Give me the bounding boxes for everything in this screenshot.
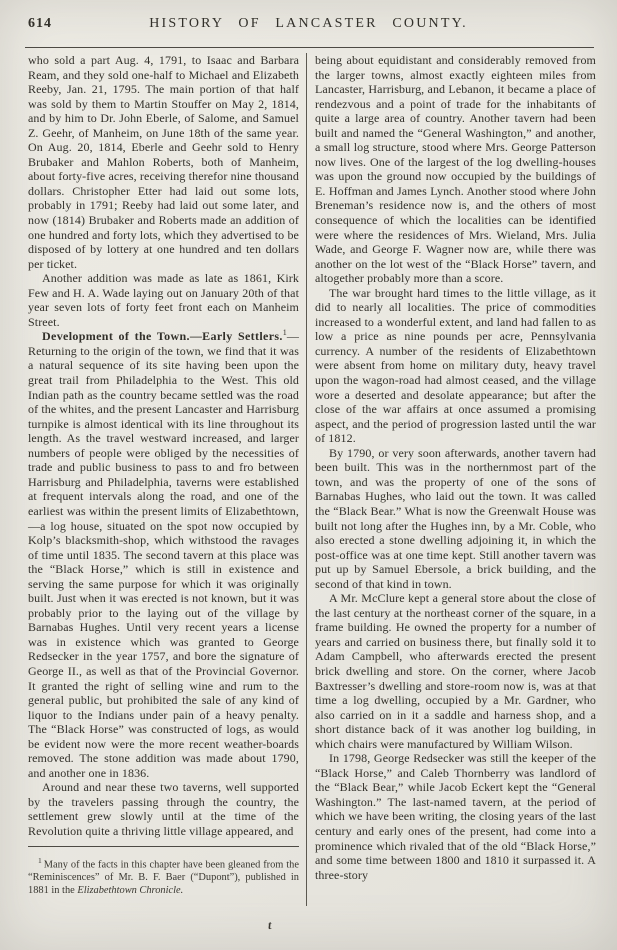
- paragraph-text: —Returning to the origin of the town, we…: [28, 329, 299, 779]
- paragraph: A Mr. McClure kept a general store about…: [315, 591, 596, 751]
- right-column: being about equidistant and considerably…: [315, 53, 596, 898]
- paragraph-text: In 1798, George Redsecker was still the …: [315, 751, 596, 881]
- paragraph: The war brought hard times to the little…: [315, 286, 596, 446]
- paragraph: By 1790, or very soon afterwards, anothe…: [315, 446, 596, 591]
- paragraph-text: By 1790, or very soon afterwards, anothe…: [315, 446, 596, 591]
- paragraph-text: A Mr. McClure kept a general store about…: [315, 591, 596, 750]
- paragraph-text: Another addition was made as late as 186…: [28, 271, 299, 329]
- paragraph-with-heading: Development of the Town.—Early Settlers.…: [28, 329, 299, 780]
- paragraph-text: who sold a part Aug. 4, 1791, to Isaac a…: [28, 53, 299, 271]
- running-title: HISTORY OF LANCASTER COUNTY.: [40, 16, 577, 32]
- header-rule: [25, 47, 594, 48]
- paragraph: Another addition was made as late as 186…: [28, 271, 299, 329]
- footnote: 1Many of the facts in this chapter have …: [28, 854, 299, 898]
- section-heading: Development of the Town.—Early Settlers.: [42, 329, 283, 343]
- footnote-marker: 1: [38, 856, 42, 865]
- paragraph-text: The war brought hard times to the little…: [315, 286, 596, 445]
- scanned-book-page: 614 HISTORY OF LANCASTER COUNTY. who sol…: [0, 0, 617, 950]
- footnote-separator-rule: [28, 846, 299, 847]
- left-column: who sold a part Aug. 4, 1791, to Isaac a…: [28, 53, 299, 898]
- printer-signature-mark: t: [267, 918, 271, 933]
- paragraph: being about equidistant and considerably…: [315, 53, 596, 286]
- paragraph: who sold a part Aug. 4, 1791, to Isaac a…: [28, 53, 299, 271]
- paragraph-text: being about equidistant and considerably…: [315, 53, 596, 285]
- footnote-source: Elizabethtown Chronicle.: [77, 885, 183, 896]
- paragraph-text: Around and near these two taverns, well …: [28, 780, 299, 838]
- paragraph: Around and near these two taverns, well …: [28, 780, 299, 838]
- paragraph: In 1798, George Redsecker was still the …: [315, 751, 596, 882]
- text-columns: who sold a part Aug. 4, 1791, to Isaac a…: [28, 53, 596, 898]
